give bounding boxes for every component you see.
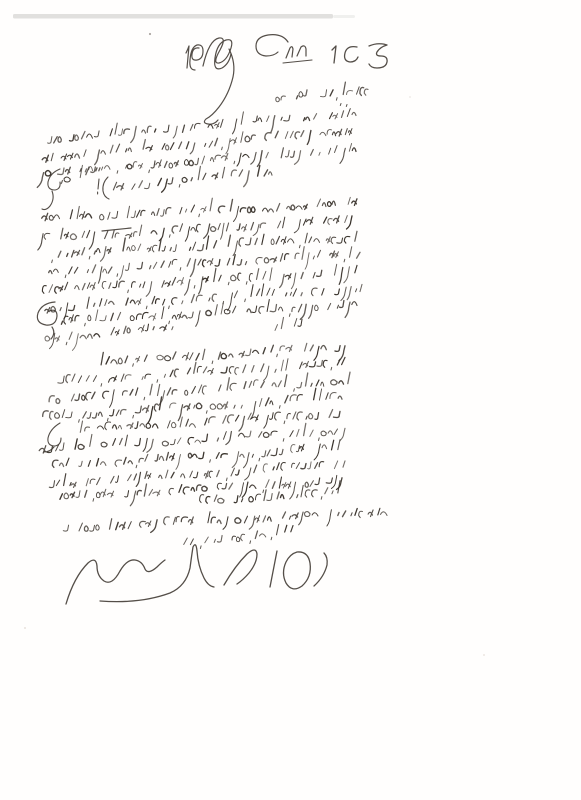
paragraph-1-flourishes	[42, 169, 109, 210]
paragraph-1	[37, 109, 356, 193]
handwriting-svg	[0, 0, 581, 800]
salutation-marks	[340, 104, 347, 107]
signature-flourish	[66, 545, 327, 604]
paragraph-2	[38, 197, 362, 350]
handwriting-body	[37, 82, 387, 548]
letter-page	[0, 0, 581, 800]
paragraph-4	[39, 423, 345, 505]
scan-streak	[13, 14, 355, 19]
paragraph-3	[43, 343, 350, 432]
header-numerals	[332, 44, 387, 68]
underlines	[102, 60, 312, 231]
date-scribble	[186, 35, 306, 125]
closing	[63, 508, 387, 548]
paper-specks	[24, 33, 485, 656]
salutation	[276, 82, 368, 102]
